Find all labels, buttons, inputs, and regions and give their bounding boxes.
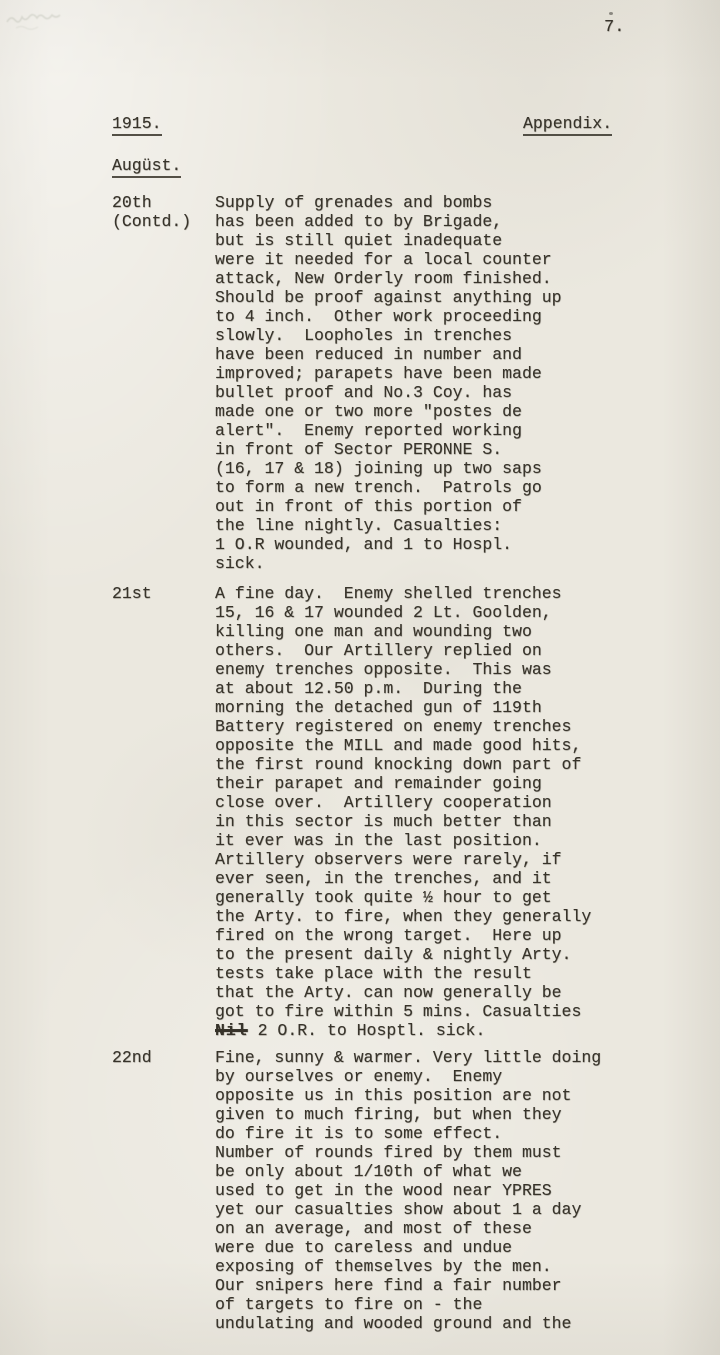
diary-line: attack, New Orderly room finished. — [215, 269, 720, 288]
faint-corner-mark — [4, 8, 84, 36]
diary-line: the Arty. to fire, when they generally — [215, 907, 720, 926]
diary-line: ever seen, in the trenches, and it — [215, 869, 720, 888]
diary-line: bullet proof and No.3 Coy. has — [215, 383, 720, 402]
diary-entry: 20th(Contd.)Supply of grenades and bombs… — [0, 193, 720, 573]
diary-line: got to fire within 5 mins. Casualties — [215, 1002, 720, 1021]
diary-line: tests take place with the result — [215, 964, 720, 983]
entry-text: Supply of grenades and bombshas been add… — [215, 193, 720, 573]
appendix-heading: Appendix. — [523, 114, 612, 136]
diary-line: Artillery observers were rarely, if — [215, 850, 720, 869]
diary-line: 15, 16 & 17 wounded 2 Lt. Goolden, — [215, 603, 720, 622]
diary-line: Number of rounds fired by them must — [215, 1143, 720, 1162]
diary-line: but is still quiet inadequate — [215, 231, 720, 250]
entry-date: 20th(Contd.) — [112, 193, 215, 573]
diary-line: morning the detached gun of 119th — [215, 698, 720, 717]
diary-line: made one or two more "postes de — [215, 402, 720, 421]
diary-line: Should be proof against anything up — [215, 288, 720, 307]
entry-text: Fine, sunny & warmer. Very little doingb… — [215, 1048, 720, 1333]
entry-date: 21st — [112, 584, 215, 1040]
diary-line: to form a new trench. Patrols go — [215, 478, 720, 497]
diary-line: to the present daily & nightly Arty. — [215, 945, 720, 964]
entry-date-label: 21st — [112, 584, 215, 603]
diary-line: sick. — [215, 554, 720, 573]
diary-line: alert". Enemy reported working — [215, 421, 720, 440]
diary-line: slowly. Loopholes in trenches — [215, 326, 720, 345]
diary-line: given to much firing, but when they — [215, 1105, 720, 1124]
diary-line: be only about 1/10th of what we — [215, 1162, 720, 1181]
diary-line: improved; parapets have been made — [215, 364, 720, 383]
diary-line: do fire it is to some effect. — [215, 1124, 720, 1143]
diary-line: Fine, sunny & warmer. Very little doing — [215, 1048, 720, 1067]
ink-speck — [609, 12, 613, 15]
diary-line: to 4 inch. Other work proceeding — [215, 307, 720, 326]
diary-line: in this sector is much better than — [215, 812, 720, 831]
month-heading: Augüst. — [112, 156, 181, 178]
diary-line: exposing of themselves by the men. — [215, 1257, 720, 1276]
diary-line: Nil 2 O.R. to Hosptl. sick. — [215, 1021, 720, 1040]
diary-line: have been reduced in number and — [215, 345, 720, 364]
diary-line: that the Arty. can now generally be — [215, 983, 720, 1002]
diary-line: by ourselves or enemy. Enemy — [215, 1067, 720, 1086]
diary-line: of targets to fire on - the — [215, 1295, 720, 1314]
entry-date-label: 20th — [112, 193, 215, 212]
diary-line: undulating and wooded ground and the — [215, 1314, 720, 1333]
diary-line: enemy trenches opposite. This was — [215, 660, 720, 679]
diary-line: were it needed for a local counter — [215, 250, 720, 269]
diary-line: out in front of this portion of — [215, 497, 720, 516]
diary-line: close over. Artillery cooperation — [215, 793, 720, 812]
year-heading: 1915. — [112, 114, 162, 136]
diary-entry: 21stA fine day. Enemy shelled trenches15… — [0, 584, 720, 1040]
diary-line: it ever was in the last position. — [215, 831, 720, 850]
page-number: 7. — [604, 18, 624, 37]
diary-line: Battery registered on enemy trenches — [215, 717, 720, 736]
diary-line: fired on the wrong target. Here up — [215, 926, 720, 945]
diary-line: yet our casualties show about 1 a day — [215, 1200, 720, 1219]
diary-line: has been added to by Brigade, — [215, 212, 720, 231]
diary-line: killing one man and wounding two — [215, 622, 720, 641]
diary-line: Supply of grenades and bombs — [215, 193, 720, 212]
diary-line: at about 12.50 p.m. During the — [215, 679, 720, 698]
diary-line: others. Our Artillery replied on — [215, 641, 720, 660]
struck-out-text: Nil — [215, 1021, 248, 1040]
diary-line: the first round knocking down part of — [215, 755, 720, 774]
entry-date: 22nd — [112, 1048, 215, 1333]
entries: 20th(Contd.)Supply of grenades and bombs… — [0, 193, 720, 1333]
diary-line: the line nightly. Casualties: — [215, 516, 720, 535]
entry-date-label: 22nd — [112, 1048, 215, 1067]
diary-line: on an average, and most of these — [215, 1219, 720, 1238]
diary-line: 1 O.R wounded, and 1 to Hospl. — [215, 535, 720, 554]
diary-line: their parapet and remainder going — [215, 774, 720, 793]
diary-line: Our snipers here find a fair number — [215, 1276, 720, 1295]
diary-line: opposite us in this position are not — [215, 1086, 720, 1105]
diary-line: (16, 17 & 18) joining up two saps — [215, 459, 720, 478]
diary-line: used to get in the wood near YPRES — [215, 1181, 720, 1200]
diary-entry: 22ndFine, sunny & warmer. Very little do… — [0, 1048, 720, 1333]
diary-line: generally took quite ½ hour to get — [215, 888, 720, 907]
diary-line: in front of Sector PERONNE S. — [215, 440, 720, 459]
diary-page: 7. 1915. Appendix. Augüst. 20th(Contd.)S… — [0, 0, 720, 1355]
entry-date-contd: (Contd.) — [112, 212, 215, 231]
diary-line: opposite the MILL and made good hits, — [215, 736, 720, 755]
diary-line: were due to careless and undue — [215, 1238, 720, 1257]
entry-text: A fine day. Enemy shelled trenches15, 16… — [215, 584, 720, 1040]
diary-line: A fine day. Enemy shelled trenches — [215, 584, 720, 603]
